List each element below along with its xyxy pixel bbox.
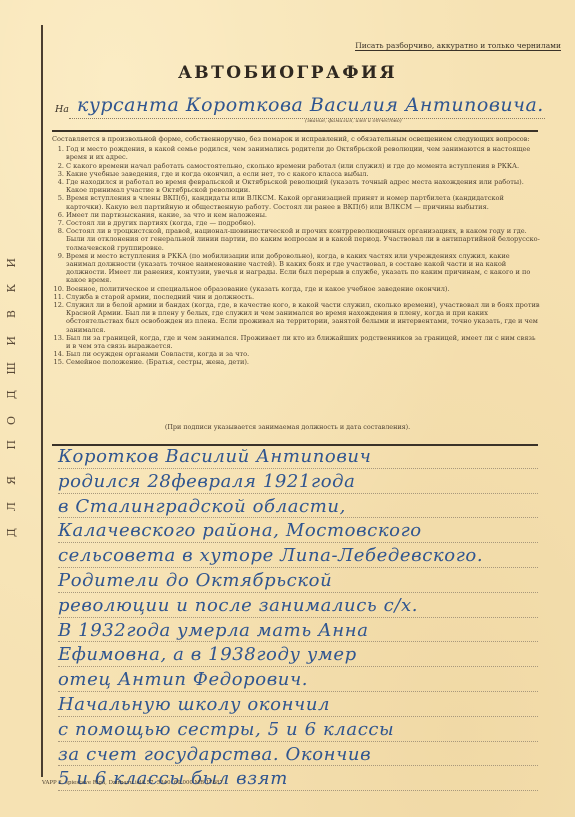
handwritten-line: Ефимовна, а в 1938году умер xyxy=(58,642,538,667)
handwritten-line: Калачевского района, Мостовского xyxy=(58,518,538,543)
handwritten-body: Коротков Василий Антипович родился 28фев… xyxy=(58,444,538,791)
question-item: 15.Семейное положение. (Братья, сестры, … xyxy=(52,358,540,366)
margin-letter: Д xyxy=(5,390,35,399)
question-item: 14.Был ли осужден органами Совласти, ког… xyxy=(52,350,540,358)
question-item: 11.Служба в старой армии, последний чин … xyxy=(52,293,540,301)
handwritten-line: Родители до Октябрьской xyxy=(58,568,538,593)
handwritten-line: 5 и 6 классы был взят xyxy=(58,766,538,791)
question-item: 13.Был ли за границей, когда, где и чем … xyxy=(52,334,540,350)
question-item: 6.Имеет ли партвзыскания, какие, за что … xyxy=(52,211,540,219)
subject-prefix: На xyxy=(55,104,69,115)
question-item: 12.Служил ли в белой армии и бандах (ког… xyxy=(52,301,540,334)
handwritten-line: революции и после занимались с/х. xyxy=(58,593,538,618)
handwritten-line: в Сталинградской области, xyxy=(58,494,538,519)
margin-letter: В xyxy=(5,310,35,318)
handwritten-line: В 1932года умерла мать Анна xyxy=(58,618,538,643)
subject-line: На курсанта Короткова Василия Антиповича… xyxy=(55,96,545,122)
header-rule xyxy=(52,130,538,132)
printer-imprint: VAPP 2. spiestuve Rīgā, Dzirnavu ielā 57… xyxy=(42,780,225,786)
margin-letter: Л xyxy=(5,502,35,511)
subject-caption: (звание, фамилия, имя и отчество) xyxy=(305,118,402,124)
question-item: 10.Военное, политическое и специальное о… xyxy=(52,285,540,293)
binding-margin-label: Д Л Я П О Д Ш И В К И xyxy=(5,240,35,540)
signature-note: (При подписи указывается занимаемая долж… xyxy=(0,423,575,431)
handwritten-line: отец Антип Федорович. xyxy=(58,667,538,692)
margin-letter: Д xyxy=(5,528,35,537)
question-item: 2.С какого времени начал работать самост… xyxy=(52,162,540,170)
question-item: 1.Год и место рождения, в какой семье ро… xyxy=(52,145,540,161)
margin-letter: П xyxy=(5,440,35,450)
handwritten-line: сельсовета в хуторе Липа-Лебедевского. xyxy=(58,543,538,568)
instructions-block: Составляется в произвольной форме, собст… xyxy=(52,135,540,367)
binding-margin-line xyxy=(41,25,43,777)
margin-letter: К xyxy=(5,284,35,293)
subject-name-handwritten: курсанта Короткова Василия Антиповича. xyxy=(77,94,544,116)
handwritten-line: Начальную школу окончил xyxy=(58,692,538,717)
margin-letter: И xyxy=(5,258,35,268)
question-item: 3.Какие учебные заведения, где и когда о… xyxy=(52,170,540,178)
margin-letter: Ш xyxy=(5,362,35,375)
margin-letter: И xyxy=(5,336,35,346)
writing-instruction-note: Писать разборчиво, аккуратно и только че… xyxy=(355,41,561,51)
document-title: АВТОБИОГРАФИЯ xyxy=(0,63,575,83)
margin-letter: Я xyxy=(5,476,35,485)
question-item: 5.Время вступления в члены ВКП(б), канди… xyxy=(52,194,540,210)
question-item: 9.Время и место вступления в РККА (по мо… xyxy=(52,252,540,285)
question-item: 8.Состоял ли в троцкистской, правой, нац… xyxy=(52,227,540,252)
instructions-intro: Составляется в произвольной форме, собст… xyxy=(52,135,540,143)
handwritten-line: за счет государства. Окончив xyxy=(58,742,538,767)
question-item: 4.Где находился и работал во время февра… xyxy=(52,178,540,194)
handwritten-line: с помощью сестры, 5 и 6 классы xyxy=(58,717,538,742)
question-item: 7.Состоял ли в других партиях (когда, гд… xyxy=(52,219,540,227)
handwritten-line: Коротков Василий Антипович xyxy=(58,444,538,469)
handwritten-line: родился 28февраля 1921года xyxy=(58,469,538,494)
